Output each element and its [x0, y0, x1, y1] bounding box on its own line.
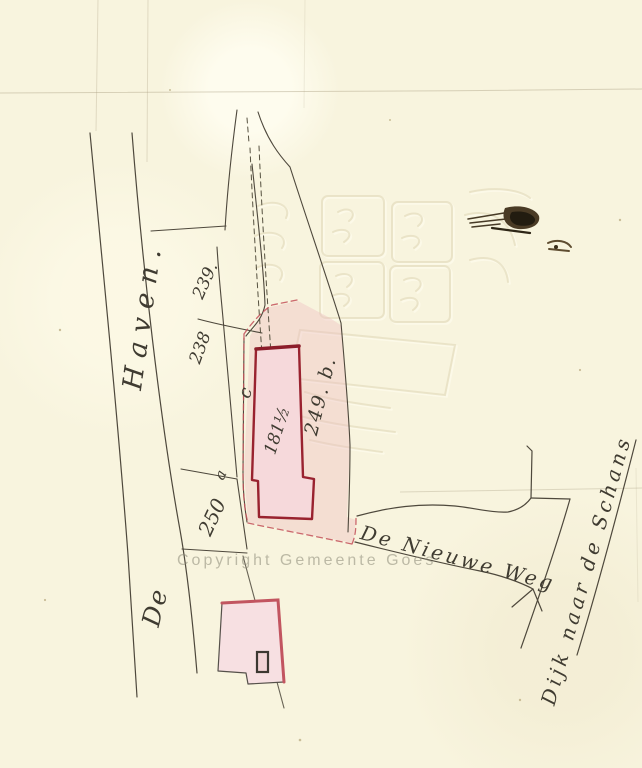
large-ink-blot	[468, 206, 539, 233]
scanned-map-paper: Haven. De 239. 238 250 a c 181½ 249. b. …	[0, 0, 642, 768]
small-ink-blot	[548, 241, 571, 251]
detached-building	[218, 600, 284, 684]
copyright-watermark-text: Copyright Gemeente Goes	[177, 553, 436, 569]
